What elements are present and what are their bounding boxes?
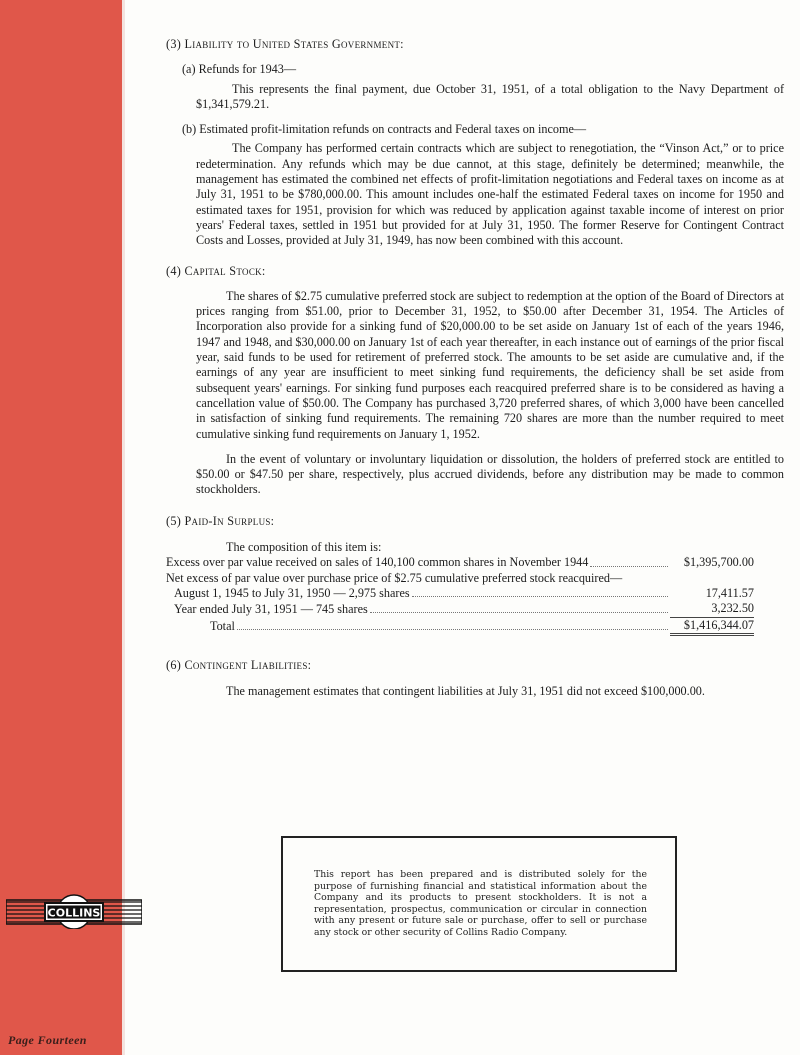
- section-heading: (5) Paid-In Surplus:: [166, 514, 784, 529]
- row-label: Year ended July 31, 1951 — 745 shares: [174, 602, 368, 617]
- section-paid-in-surplus: (5) Paid-In Surplus: The composition of …: [166, 514, 784, 636]
- collins-logo-icon: COLLINS: [6, 893, 142, 929]
- table-row: Year ended July 31, 1951 — 745 shares 3,…: [166, 601, 754, 617]
- table-row: August 1, 1945 to July 31, 1950 — 2,975 …: [166, 586, 754, 601]
- subsection-label: (b) Estimated profit-limitation refunds …: [182, 122, 784, 137]
- section-contingent-liabilities: (6) Contingent Liabilities: The manageme…: [166, 658, 784, 700]
- row-label: Excess over par value received on sales …: [166, 555, 588, 570]
- section-heading: (3) Liability to United States Governmen…: [166, 37, 784, 52]
- row-label: Total: [210, 619, 235, 634]
- table-row: Excess over par value received on sales …: [166, 555, 754, 570]
- section-heading: (4) Capital Stock:: [166, 264, 784, 279]
- table-row: Net excess of par value over purchase pr…: [166, 571, 754, 586]
- table-row-total: Total $1,416,344.07: [166, 617, 754, 634]
- paragraph: The shares of $2.75 cumulative preferred…: [196, 289, 784, 442]
- paragraph: The Company has performed certain contra…: [196, 141, 784, 248]
- svg-text:COLLINS: COLLINS: [48, 907, 101, 920]
- paragraph: This represents the final payment, due O…: [196, 82, 784, 113]
- row-amount: 3,232.50: [670, 601, 754, 617]
- row-label: Net excess of par value over purchase pr…: [166, 571, 622, 585]
- section-capital-stock: (4) Capital Stock: The shares of $2.75 c…: [166, 264, 784, 498]
- section-liability-us-government: (3) Liability to United States Governmen…: [166, 37, 784, 249]
- surplus-table: Excess over par value received on sales …: [166, 555, 754, 635]
- row-amount: 17,411.57: [670, 586, 754, 601]
- subsection-label: (a) Refunds for 1943—: [182, 62, 784, 77]
- disclaimer-text: This report has been prepared and is dis…: [314, 869, 647, 938]
- row-amount-total: $1,416,344.07: [670, 617, 754, 634]
- row-label: August 1, 1945 to July 31, 1950 — 2,975 …: [174, 586, 410, 601]
- notes-content: (3) Liability to United States Governmen…: [166, 37, 784, 699]
- paragraph: The management estimates that contingent…: [196, 684, 784, 699]
- paragraph: In the event of voluntary or involuntary…: [196, 452, 784, 498]
- intro-text: The composition of this item is:: [196, 540, 784, 555]
- page-number: Page Fourteen: [8, 1033, 87, 1048]
- section-heading: (6) Contingent Liabilities:: [166, 658, 784, 673]
- row-amount: $1,395,700.00: [670, 555, 754, 570]
- disclaimer-box: This report has been prepared and is dis…: [281, 836, 677, 972]
